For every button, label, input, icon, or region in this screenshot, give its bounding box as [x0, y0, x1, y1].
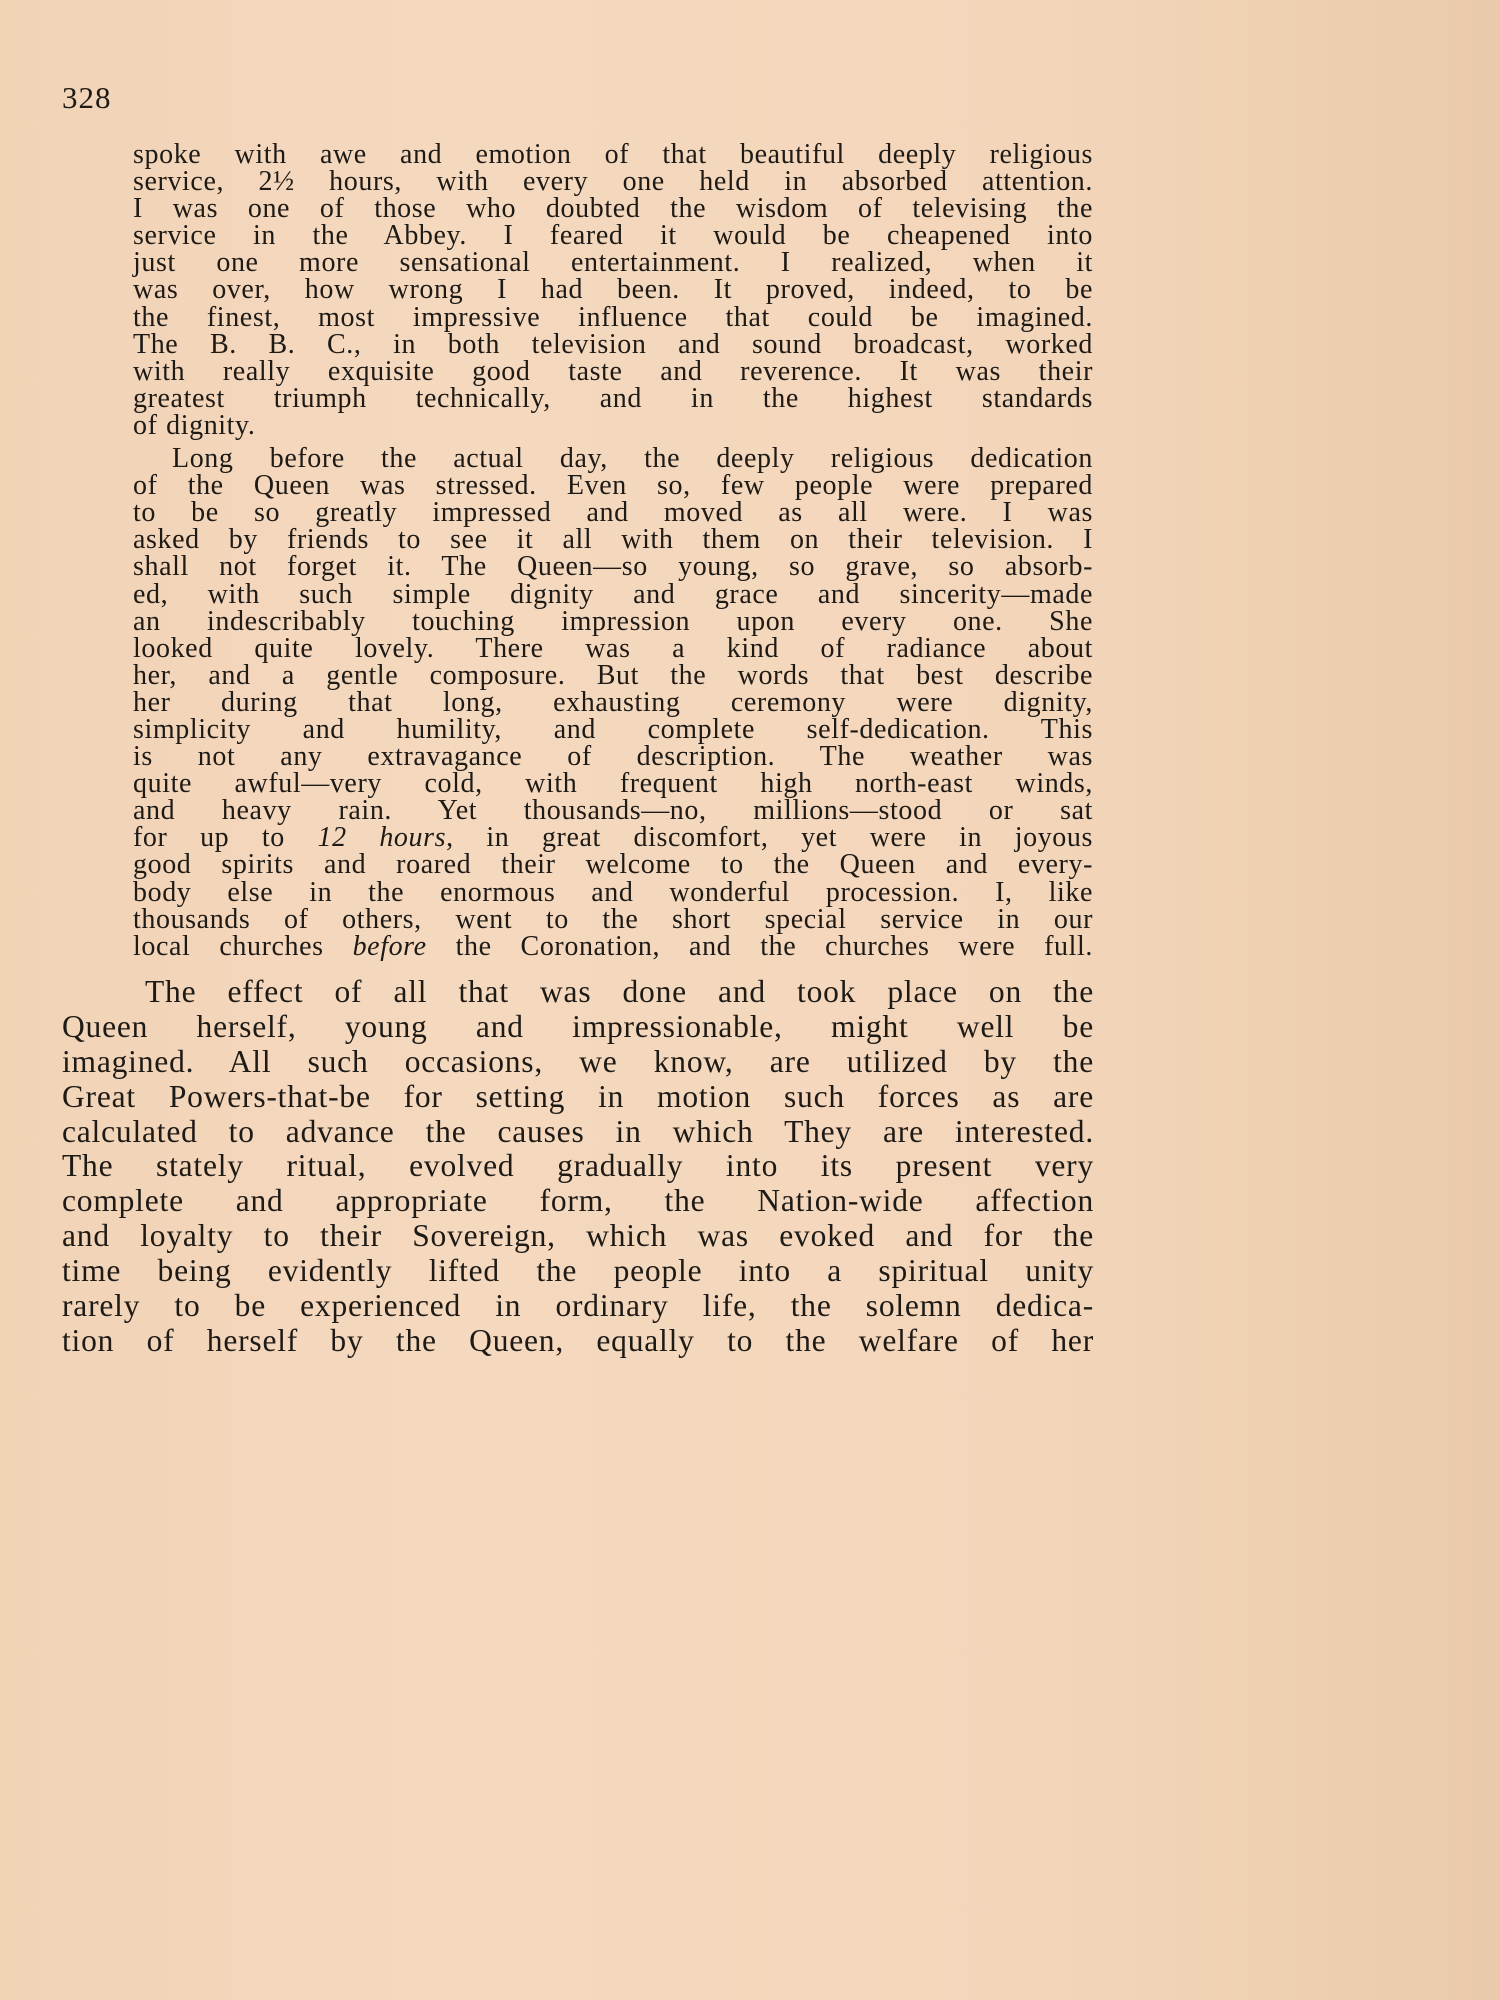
text-line: good spirits and roared their welcome to…	[133, 851, 1093, 878]
text-line: ed, with such simple dignity and grace a…	[133, 581, 1093, 608]
quote-paragraph-1: spoke with awe and emotion of that beaut…	[133, 141, 1093, 439]
text-line: I was one of those who doubted the wisdo…	[133, 195, 1093, 222]
text-line: her, and a gentle composure. But the wor…	[133, 662, 1093, 689]
text-line: rarely to be experienced in ordinary lif…	[62, 1289, 1094, 1324]
text-line: The stately ritual, evolved gradually in…	[62, 1149, 1094, 1184]
text-line: Long before the actual day, the deeply r…	[133, 445, 1093, 472]
text-line: shall not forget it. The Queen—so young,…	[133, 553, 1093, 580]
text-line: and loyalty to their Sovereign, which wa…	[62, 1219, 1094, 1254]
text-line: and heavy rain. Yet thousands—no, millio…	[133, 797, 1093, 824]
page-number: 328	[62, 80, 112, 116]
text-line: Great Powers-that-be for setting in moti…	[62, 1080, 1094, 1115]
text-line: service in the Abbey. I feared it would …	[133, 222, 1093, 249]
text-line: with really exquisite good taste and rev…	[133, 358, 1093, 385]
text-line: quite awful—very cold, with frequent hig…	[133, 770, 1093, 797]
text-line: imagined. All such occasions, we know, a…	[62, 1045, 1094, 1080]
text-line: was over, how wrong I had been. It prove…	[133, 276, 1093, 303]
text-line: her during that long, exhausting ceremon…	[133, 689, 1093, 716]
text-line: Queen herself, young and impressionable,…	[62, 1010, 1094, 1045]
text-segment: local churches	[133, 931, 353, 962]
text-line: complete and appropriate form, the Natio…	[62, 1184, 1094, 1219]
text-segment: the Coronation, and the churches were fu…	[427, 931, 1093, 962]
text-line: The effect of all that was done and took…	[62, 975, 1094, 1010]
text-line: calculated to advance the causes in whic…	[62, 1115, 1094, 1150]
text-line: greatest triumph technically, and in the…	[133, 385, 1093, 412]
text-line: asked by friends to see it all with them…	[133, 526, 1093, 553]
text-line: service, 2½ hours, with every one held i…	[133, 168, 1093, 195]
text-line: time being evidently lifted the people i…	[62, 1254, 1094, 1289]
text-line: an indescribably touching impression upo…	[133, 608, 1093, 635]
book-page: 328 spoke with awe and emotion of that b…	[0, 0, 1500, 2000]
text-line: body else in the enormous and wonderful …	[133, 879, 1093, 906]
text-line: looked quite lovely. There was a kind of…	[133, 635, 1093, 662]
text-line: spoke with awe and emotion of that beaut…	[133, 141, 1093, 168]
text-line: thousands of others, went to the short s…	[133, 906, 1093, 933]
text-line: The B. B. C., in both television and sou…	[133, 331, 1093, 358]
text-line: of the Queen was stressed. Even so, few …	[133, 472, 1093, 499]
text-line: to be so greatly impressed and moved as …	[133, 499, 1093, 526]
quoted-passage: spoke with awe and emotion of that beaut…	[133, 141, 1093, 960]
text-line: simplicity and humility, and complete se…	[133, 716, 1093, 743]
quote-paragraph-2: Long before the actual day, the deeply r…	[133, 445, 1093, 960]
body-paragraph: The effect of all that was done and took…	[62, 975, 1094, 1359]
text-line-with-italic: local churches before the Coronation, an…	[133, 933, 1093, 960]
text-line-with-italic: for up to 12 hours, in great discomfort,…	[133, 824, 1093, 851]
italic-emphasis: before	[353, 931, 427, 962]
text-line: just one more sensational entertainment.…	[133, 249, 1093, 276]
text-line: the finest, most impressive influence th…	[133, 304, 1093, 331]
text-line: is not any extravagance of description. …	[133, 743, 1093, 770]
text-line: tion of herself by the Queen, equally to…	[62, 1324, 1094, 1359]
text-line: of dignity.	[133, 412, 1093, 439]
